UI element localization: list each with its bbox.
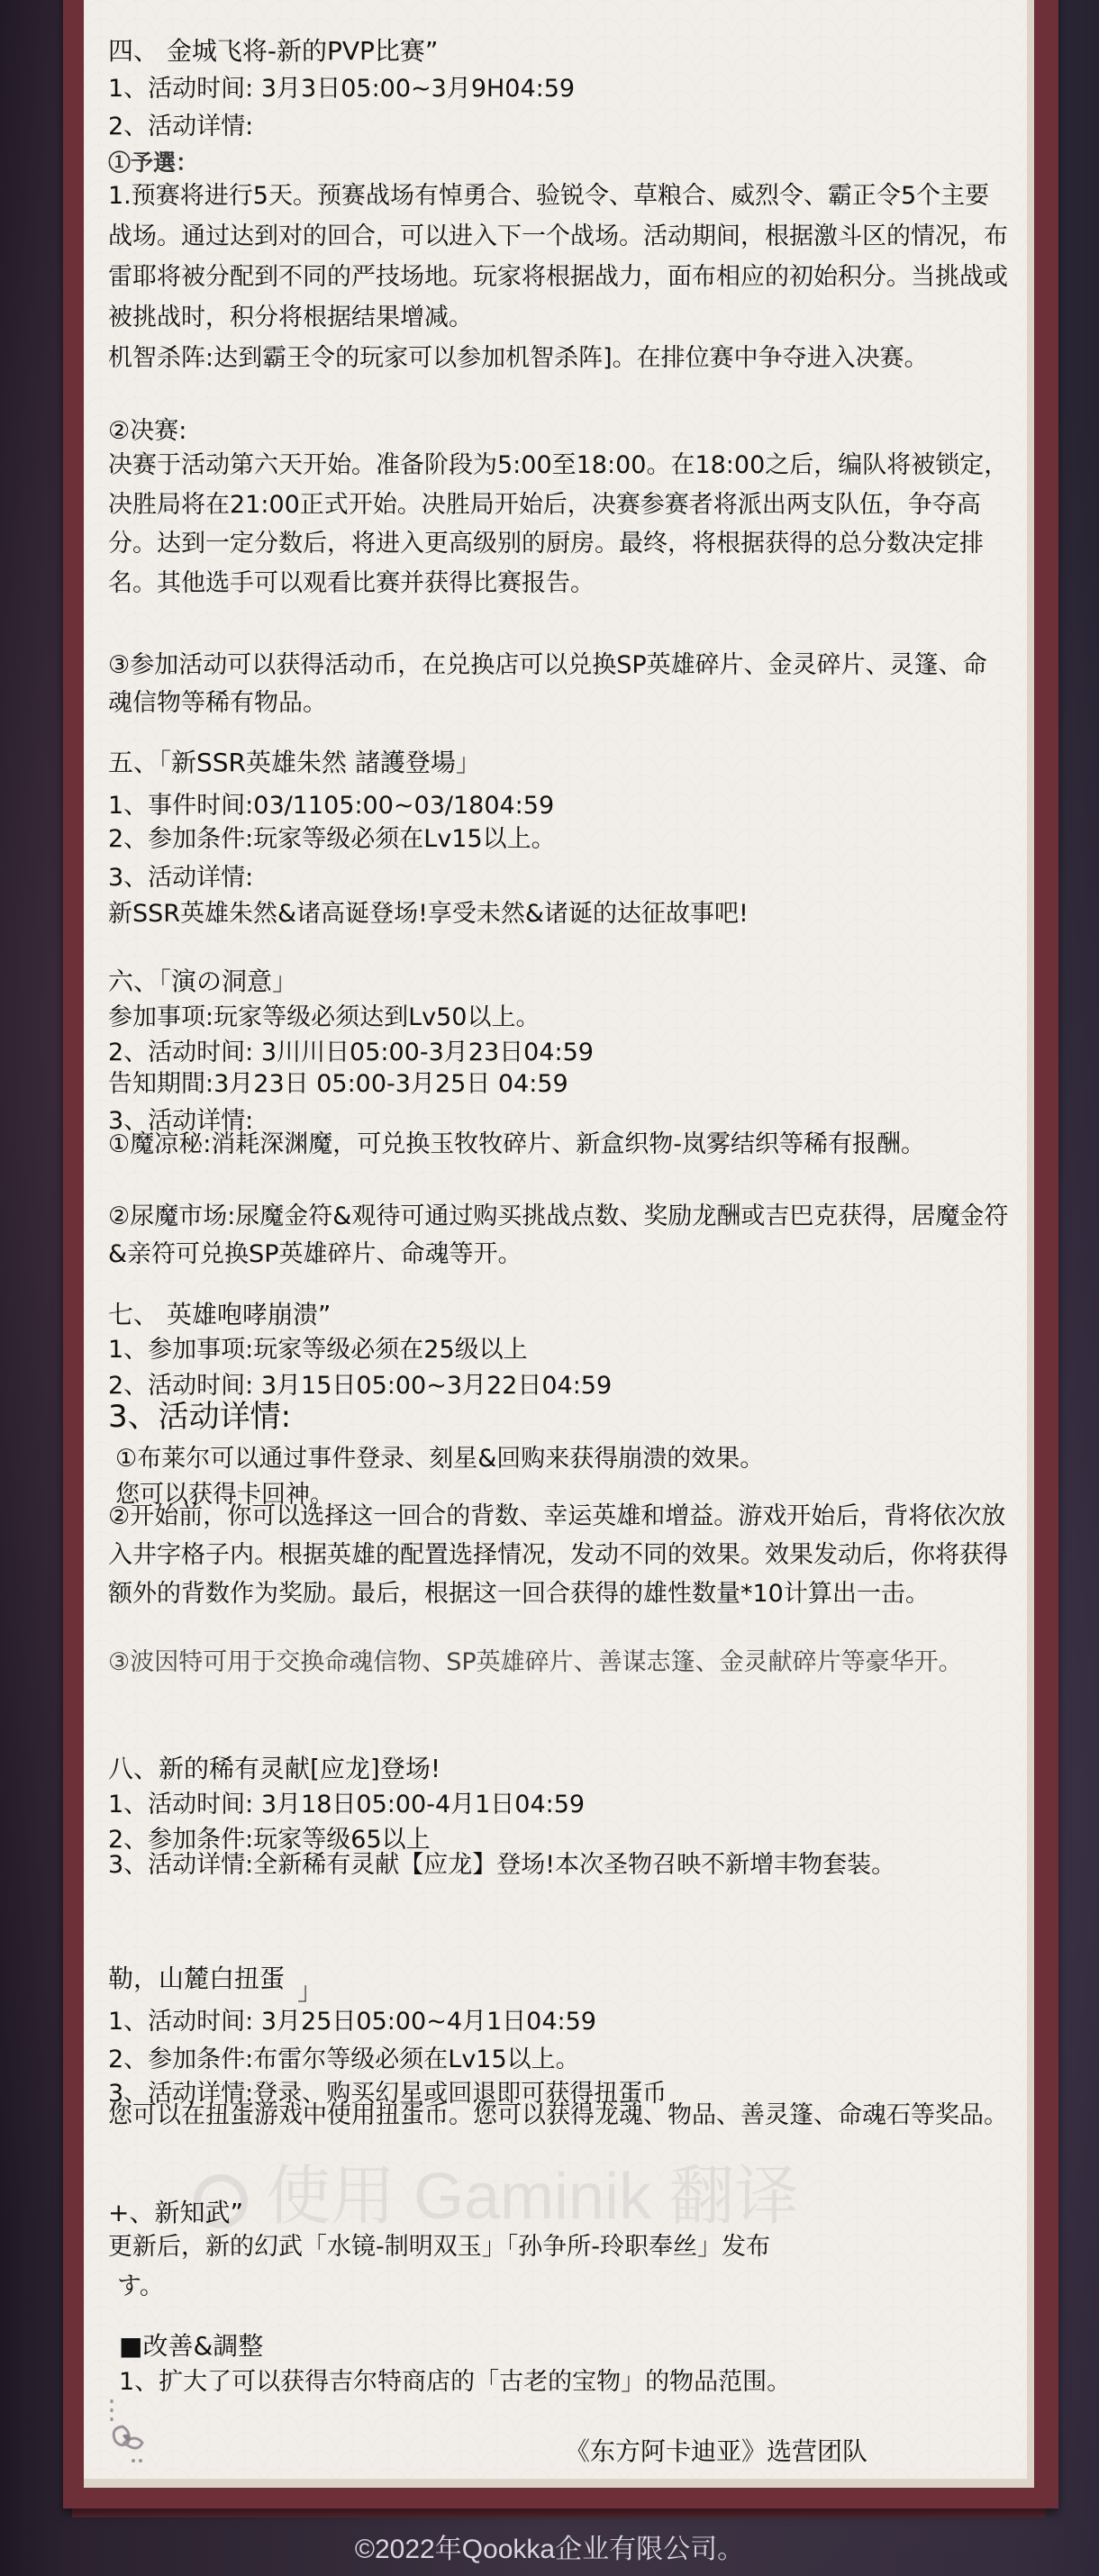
section-8-title: 八、新的稀有灵献[应龙]登场!: [108, 1754, 441, 1784]
improvements-item-1: 1、扩大了可以获得吉尔特商店的「古老的宝物」的物品范围。: [119, 2367, 791, 2398]
section-9-title: 勒，山麓白扭蛋」: [108, 1964, 322, 1994]
section-5-condition: 2、参加条件:玩家等级必须在Lv15以上。: [108, 824, 556, 855]
final-label: ②决赛:: [108, 416, 186, 447]
improvements-title: ■改善&調整: [119, 2331, 263, 2362]
section-7-title: 七、 英雄咆哮崩溃”: [108, 1300, 331, 1330]
section-6-item-1: ①魔凉秘:消耗深渊魔，可兑换玉牧牧碎片、新盒织物-岚雾结织等稀有报酬。: [108, 1126, 1009, 1164]
section-9-details-text: 您可以在扭蛋游戏中使用扭蛋币。您可以获得龙魂、物品、善灵篷、命魂石等奖品。: [108, 2097, 1009, 2135]
section-9-condition: 2、参加条件:布雷尔等级必须在Lv15以上。: [108, 2045, 580, 2075]
section-6-title: 六、「演の洞意」: [108, 966, 297, 997]
section-7-item-3: ③波因特可用于交换命魂信物、SP英雄碎片、善谋志篷、金灵献碎片等豪华开。: [108, 1644, 1009, 1682]
section-5-details-label: 3、活动详情:: [108, 863, 253, 893]
section-5-time: 1、事件时间:03/1105:00~03/1804:59: [108, 791, 554, 821]
section-9-time: 1、活动时间: 3月25日05:00~4月1日04:59: [108, 2007, 596, 2037]
section-6-time: 2、活动时间: 3川川日05:00-3月23日04:59: [108, 1038, 594, 1068]
section-5-details-text: 新SSR英雄朱然&诸高诞登场!享受未然&诸诞的达征故事吧!: [108, 899, 749, 930]
translation-watermark: 使用 Gaminik 翻译: [194, 2144, 799, 2237]
section-7-condition: 1、参加事项:玩家等级必须在25级以上: [108, 1335, 528, 1365]
section-6-item-2: ②尿魔市场:尿魔金符&观待可通过购买挑战点数、奖励龙酬或吉巴克获得，居魔金符&亲…: [108, 1198, 1009, 1274]
reward-text: ③参加活动可以获得活动币，在兑换店可以兑换SP英雄碎片、金灵碎片、灵篷、命魂信物…: [108, 647, 1009, 722]
signature: 《东方阿卡迪亚》选营团队: [565, 2432, 867, 2468]
wit-text: 机智杀阵:达到霸王令的玩家可以参加机智杀阵]。在排位赛中争夺进入决赛。: [108, 340, 1009, 377]
section-7-item-2: ②开始前，你可以选择这一回合的背数、幸运英雄和增益。游戏开始后，背将依次放入井字…: [108, 1497, 1009, 1613]
prelim-label: ①予選：: [108, 148, 198, 178]
section-4-details-label: 2、活动详情:: [108, 112, 253, 142]
section-10-text: 更新后，新的幻武「水镜-制明双玉」「孙争所-玲职奉丝」发布: [108, 2232, 770, 2263]
section-6-notice: 告知期間:3月23日 05:00-3月25日 04:59: [108, 1069, 568, 1100]
section-7-item-1: ①布莱尔可以通过事件登录、刻星&回购来获得崩溃的效果。: [115, 1444, 764, 1474]
section-10-text-tail: す。: [117, 2272, 164, 2302]
section-4-title: 四、 金城飞将-新的PVP比赛”: [108, 36, 438, 67]
section-6-condition: 参加事项:玩家等级必须达到Lv50以上。: [108, 1002, 540, 1033]
prelim-text: 1.预赛将进行5天。预赛战场有悼勇合、验锐令、草粮合、威烈令、霸正令5个主要战场…: [108, 176, 1009, 338]
final-text: 决赛于活动第六天开始。准备阶段为5:00至18:00。在18:00之后，编队将被…: [108, 446, 1009, 603]
section-5-title: 五、「新SSR英雄朱然 諸護登場」: [108, 748, 481, 778]
section-7-details-label: 3、活动详情:: [108, 1401, 291, 1432]
section-8-time: 1、活动时间: 3月18日05:00-4月1日04:59: [108, 1790, 585, 1820]
copyright: ©2022年Qookka企业有限公司。: [0, 2526, 1099, 2566]
flower-ornament-icon: [106, 2396, 160, 2468]
section-10-title: +、新知武”: [108, 2198, 243, 2228]
section-7-time: 2、活动时间: 3月15日05:00~3月22日04:59: [108, 1371, 612, 1401]
section-4-time: 1、活动时间: 3月3日05:00~3月9H04:59: [108, 74, 575, 104]
section-8-details: 3、活动详情:全新稀有灵献【应龙】登场!本次圣物召映不新增丰物套装。: [108, 1846, 1009, 1884]
